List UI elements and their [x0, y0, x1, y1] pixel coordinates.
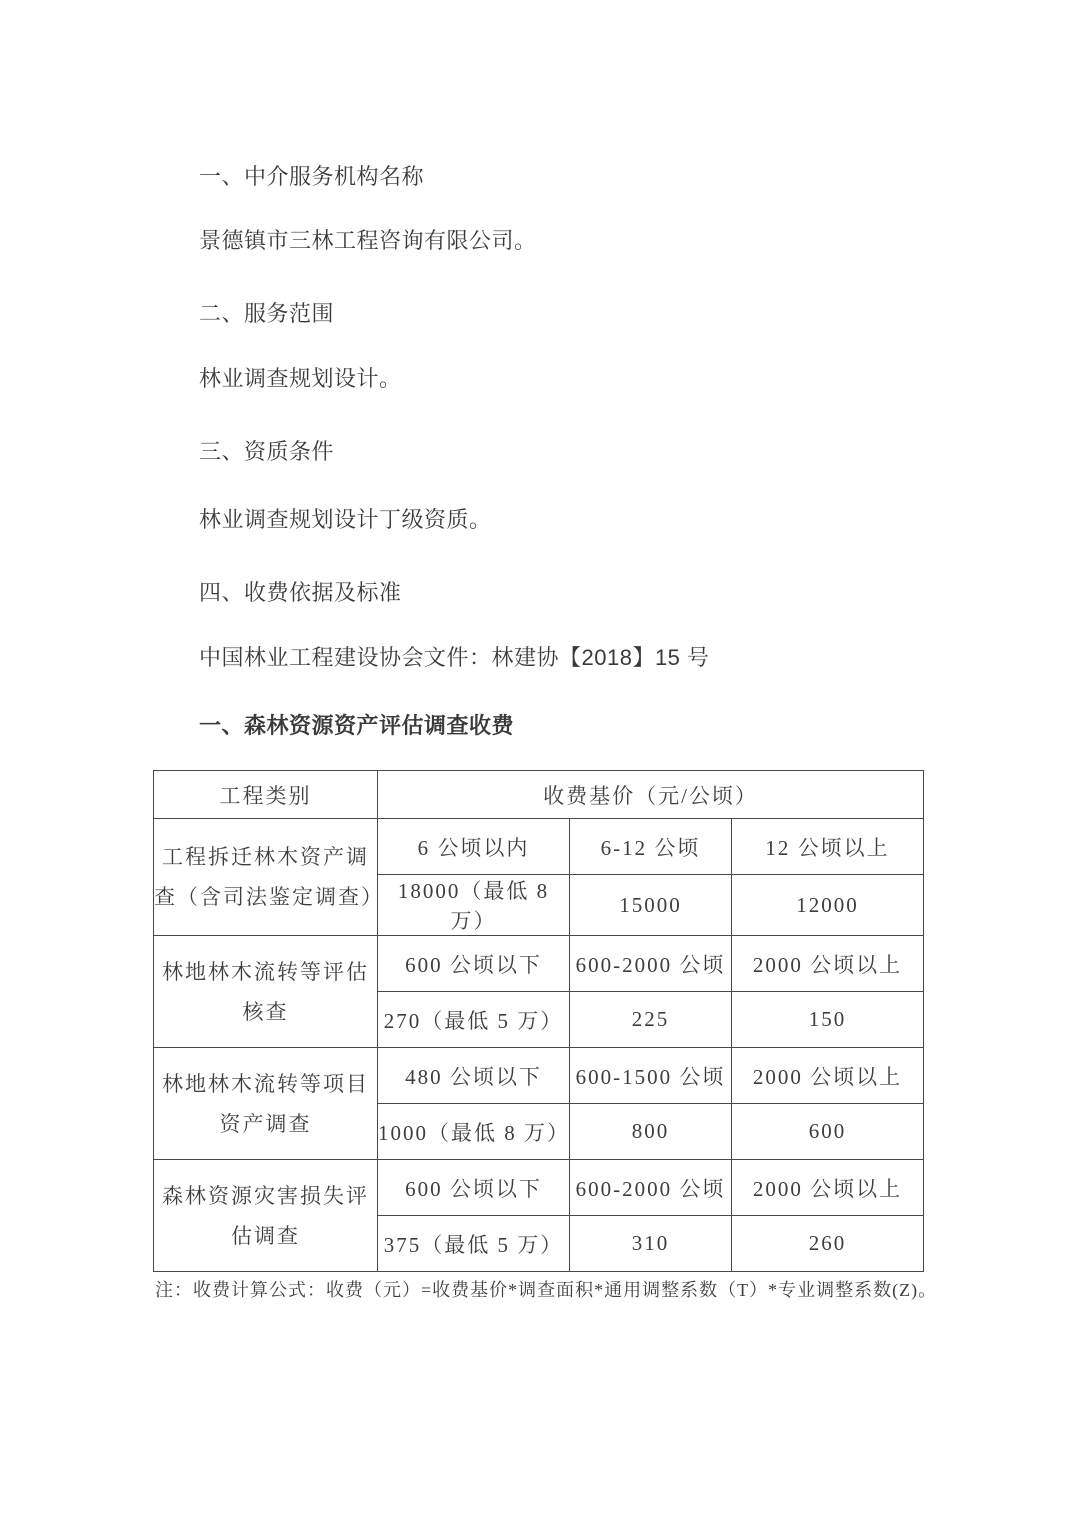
table-cell: 15000 — [570, 875, 732, 936]
table-cell: 150 — [732, 992, 924, 1048]
header-cell-category: 工程类别 — [154, 771, 378, 819]
table-row: 林地林木流转等评估 核查 600 公顷以下 600-2000 公顷 2000 公… — [154, 936, 924, 992]
row-label-transfer-asset-survey: 林地林木流转等项目 资产调查 — [154, 1048, 378, 1160]
table-cell: 6-12 公顷 — [570, 819, 732, 875]
paragraph-scope: 林业调查规划设计。 — [199, 364, 402, 394]
table-cell: 225 — [570, 992, 732, 1048]
table-cell: 12 公顷以上 — [732, 819, 924, 875]
section-heading-scope: 二、服务范围 — [199, 299, 334, 329]
table-cell: 2000 公顷以上 — [732, 1048, 924, 1104]
row-label-demolition-survey: 工程拆迁林木资产调 查（含司法鉴定调查） — [154, 819, 378, 936]
table-title: 一、森林资源资产评估调查收费 — [199, 711, 514, 741]
table-cell: 18000（最低 8 万） — [378, 875, 570, 936]
table-cell: 1000（最低 8 万） — [378, 1104, 570, 1160]
paragraph-agency-name: 景德镇市三林工程咨询有限公司。 — [199, 226, 537, 256]
fee-table: 工程类别 收费基价（元/公顷） 工程拆迁林木资产调 查（含司法鉴定调查） 6 公… — [153, 770, 924, 1272]
section-heading-agency: 一、中介服务机构名称 — [199, 162, 424, 192]
table-cell: 270（最低 5 万） — [378, 992, 570, 1048]
table-cell: 600 公顷以下 — [378, 1160, 570, 1216]
section-heading-qualification: 三、资质条件 — [199, 437, 334, 467]
section-heading-fee-basis: 四、收费依据及标准 — [199, 578, 402, 608]
table-cell: 310 — [570, 1216, 732, 1272]
table-row: 林地林木流转等项目 资产调查 480 公顷以下 600-1500 公顷 2000… — [154, 1048, 924, 1104]
header-cell-base-price: 收费基价（元/公顷） — [378, 771, 924, 819]
table-cell: 600-2000 公顷 — [570, 1160, 732, 1216]
paragraph-fee-basis-document: 中国林业工程建设协会文件：林建协【2018】15 号 — [199, 643, 710, 673]
row-label-disaster-loss-survey: 森林资源灾害损失评 估调查 — [154, 1160, 378, 1272]
table-cell: 600 公顷以下 — [378, 936, 570, 992]
table-row: 工程拆迁林木资产调 查（含司法鉴定调查） 6 公顷以内 6-12 公顷 12 公… — [154, 819, 924, 875]
document-page: 一、中介服务机构名称 景德镇市三林工程咨询有限公司。 二、服务范围 林业调查规划… — [0, 0, 1074, 1520]
table-row: 森林资源灾害损失评 估调查 600 公顷以下 600-2000 公顷 2000 … — [154, 1160, 924, 1216]
table-header-row: 工程类别 收费基价（元/公顷） — [154, 771, 924, 819]
table-cell: 375（最低 5 万） — [378, 1216, 570, 1272]
table-cell: 2000 公顷以上 — [732, 1160, 924, 1216]
table-cell: 800 — [570, 1104, 732, 1160]
table-cell: 480 公顷以下 — [378, 1048, 570, 1104]
table-cell: 600-2000 公顷 — [570, 936, 732, 992]
table-footnote: 注：收费计算公式：收费（元）=收费基价*调查面积*通用调整系数（T）*专业调整系… — [155, 1276, 937, 1302]
table-cell: 260 — [732, 1216, 924, 1272]
row-label-transfer-evaluation: 林地林木流转等评估 核查 — [154, 936, 378, 1048]
table-cell: 2000 公顷以上 — [732, 936, 924, 992]
table-cell: 12000 — [732, 875, 924, 936]
table-cell: 600 — [732, 1104, 924, 1160]
paragraph-qualification: 林业调查规划设计丁级资质。 — [199, 505, 492, 535]
table-cell: 6 公顷以内 — [378, 819, 570, 875]
table-cell: 600-1500 公顷 — [570, 1048, 732, 1104]
